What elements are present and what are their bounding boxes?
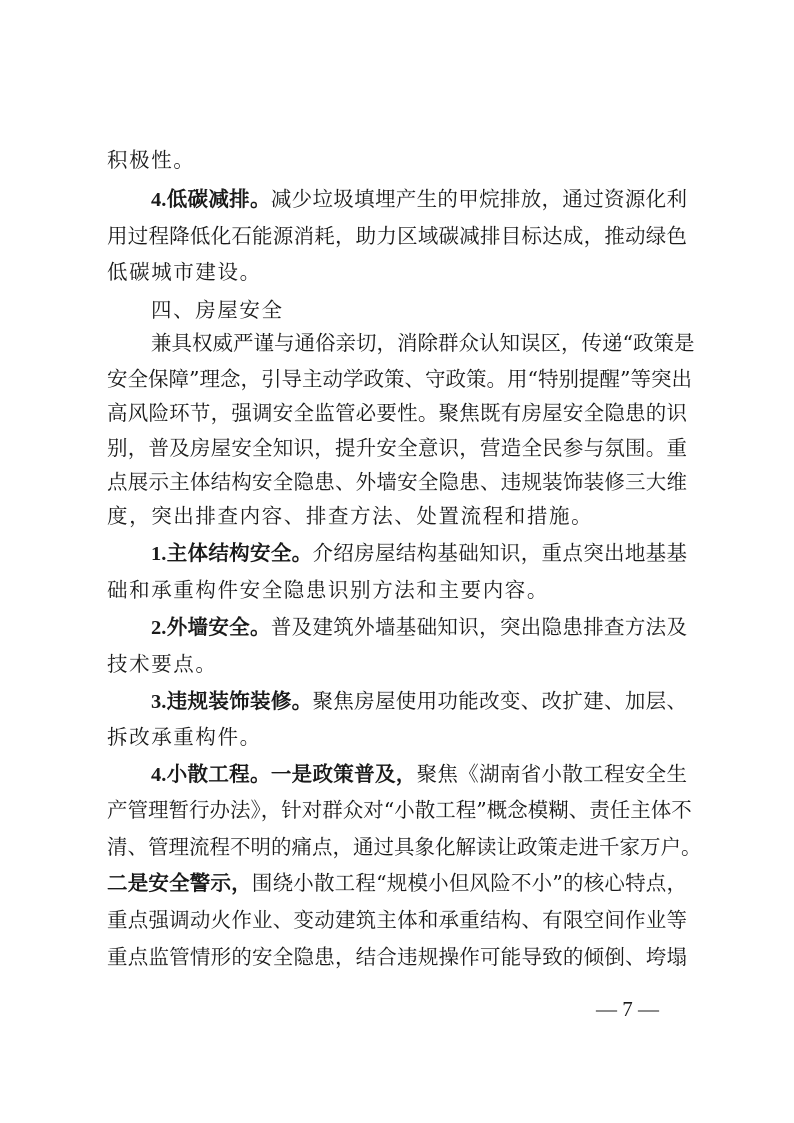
text-line: 技术要点。: [107, 649, 687, 679]
text-line: 重点强调动火作业、变动建筑主体和承重结构、有限空间作业等: [107, 905, 687, 935]
text-line: 聚焦《湖南省小散工程安全生: [417, 762, 687, 786]
bold-lead: 3.违规装饰装修。: [151, 691, 312, 713]
text-line: 兼具权威严谨与通俗亲切，消除群众认知误区，传递“政策是: [107, 328, 687, 358]
text-line: 低碳城市建设。: [107, 257, 687, 287]
text-line: 拆改承重构件。: [107, 722, 687, 752]
paragraph-main-structure: 1.主体结构安全。介绍房屋结构基础知识，重点突出地基基: [107, 538, 687, 568]
bold-lead: 二是安全警示，: [107, 873, 252, 895]
text-line: 聚焦房屋使用功能改变、改扩建、加层、: [312, 689, 687, 713]
bold-lead: 2.外墙安全。: [151, 617, 271, 639]
paragraph-safety-warning: 二是安全警示，围绕小散工程“规模小但风险不小”的核心特点，: [107, 868, 687, 898]
text-line: 点展示主体结构安全隐患、外墙安全隐患、违规装饰装修三大维: [107, 467, 687, 497]
text-line: 积极性。: [107, 148, 195, 172]
bold-lead: 1.主体结构安全。: [151, 543, 312, 565]
text-line: 减少垃圾填埋产生的甲烷排放，通过资源化利: [271, 187, 687, 211]
text-line: 别，普及房屋安全知识，提升安全意识，营造全民参与氛围。重: [107, 433, 687, 463]
text-line: 普及建筑外墙基础知识，突出隐患排查方法及: [271, 615, 687, 639]
text-line: 介绍房屋结构基础知识，重点突出地基基: [312, 541, 687, 565]
bold-lead: 4.低碳减排。: [151, 189, 271, 211]
page-number: — 7 —: [596, 994, 676, 1024]
text-line: 围绕小散工程“规模小但风险不小”的核心特点，: [252, 871, 687, 895]
paragraph-exterior-wall: 2.外墙安全。普及建筑外墙基础知识，突出隐患排查方法及: [107, 612, 687, 642]
text-line: 重点监管情形的安全隐患，结合违规操作可能导致的倾倒、垮塌: [107, 942, 687, 972]
text-line: 产管理暂行办法》，针对群众对“小散工程”概念模糊、责任主体不: [107, 795, 687, 825]
bold-lead: 4.小散工程。一是政策普及，: [151, 764, 417, 786]
text-line: 清、管理流程不明的痛点，通过具象化解读让政策走进千家万户。: [107, 832, 687, 862]
text-line: 度，突出排查内容、排查方法、处置流程和措施。: [107, 501, 687, 531]
text-line: 高风险环节，强调安全监管必要性。聚焦既有房屋安全隐患的识: [107, 398, 687, 428]
paragraph-continuation: 积极性。: [107, 145, 687, 175]
text-line: 安全保障”理念，引导主动学政策、守政策。用“特别提醒”等突出: [107, 364, 687, 394]
text-line: 用过程降低化石能源消耗，助力区域碳减排目标达成，推动绿色: [107, 221, 687, 251]
section-heading: 四、房屋安全: [107, 295, 687, 325]
paragraph-small-projects: 4.小散工程。一是政策普及，聚焦《湖南省小散工程安全生: [107, 759, 687, 789]
paragraph-illegal-decoration: 3.违规装饰装修。聚焦房屋使用功能改变、改扩建、加层、: [107, 686, 687, 716]
text-line: 础和承重构件安全隐患识别方法和主要内容。: [107, 575, 687, 605]
paragraph-low-carbon: 4.低碳减排。减少垃圾填埋产生的甲烷排放，通过资源化利: [107, 184, 687, 214]
